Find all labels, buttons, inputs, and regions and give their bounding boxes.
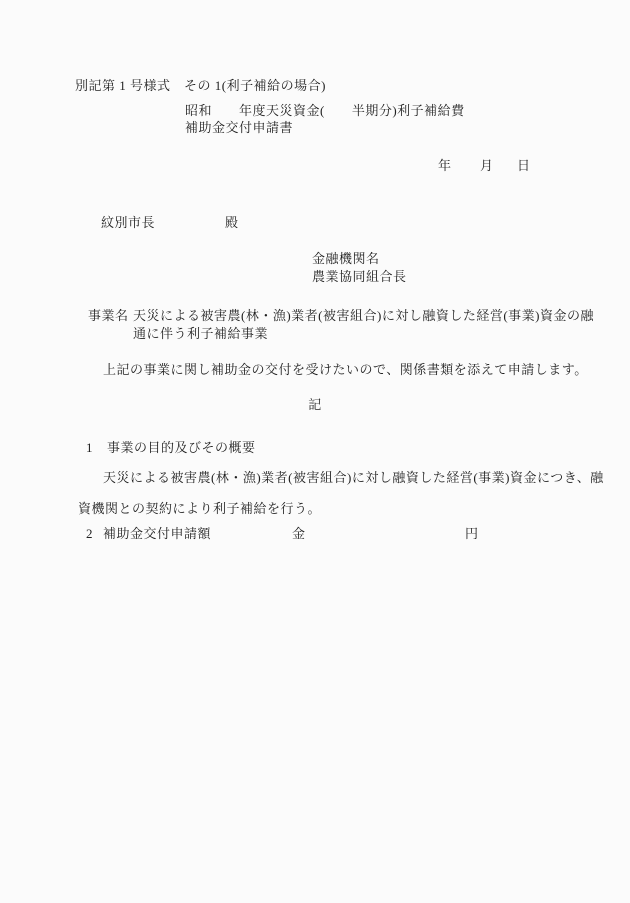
addressee-honorific: 殿 xyxy=(225,215,239,231)
form-number-label: 別記第 1 号様式 その 1(利子補給の場合) xyxy=(75,78,326,94)
item1-number: 1 xyxy=(86,440,93,456)
sender-title-label: 農業協同組合長 xyxy=(312,269,407,285)
date-year-label: 年 xyxy=(438,158,452,174)
project-name-label: 事業名 xyxy=(88,308,129,324)
item2-number: 2 xyxy=(86,526,93,542)
item2-amount-unit: 円 xyxy=(465,526,479,542)
section-marker: 記 xyxy=(0,397,630,413)
document-title-line1: 昭和 年度天災資金( 半期分)利子補給費 xyxy=(185,103,465,119)
item2-amount-prefix: 金 xyxy=(292,526,306,542)
item1-body-line1: 天災による被害農(林・漁)業者(被害組合)に対し融資した経営(事業)資金につき、… xyxy=(103,470,604,486)
document-page: 別記第 1 号様式 その 1(利子補給の場合) 昭和 年度天災資金( 半期分)利… xyxy=(0,0,630,903)
project-name-line1: 天災による被害農(林・漁)業者(被害組合)に対し融資した経営(事業)資金の融 xyxy=(133,308,594,324)
application-sentence: 上記の事業に関し補助金の交付を受けたいので、関係書類を添えて申請します。 xyxy=(103,362,588,378)
project-name-line2: 通に伴う利子補給事業 xyxy=(133,326,268,342)
sender-org-label: 金融機関名 xyxy=(312,251,380,267)
date-day-label: 日 xyxy=(517,158,531,174)
item2-title: 補助金交付申請額 xyxy=(103,526,211,542)
date-month-label: 月 xyxy=(480,158,494,174)
item1-body-line2: 資機関との契約により利子補給を行う。 xyxy=(78,501,321,517)
addressee-name: 紋別市長 xyxy=(101,215,155,231)
item1-title: 事業の目的及びその概要 xyxy=(107,440,256,456)
document-title-line2: 補助金交付申請書 xyxy=(185,120,293,136)
